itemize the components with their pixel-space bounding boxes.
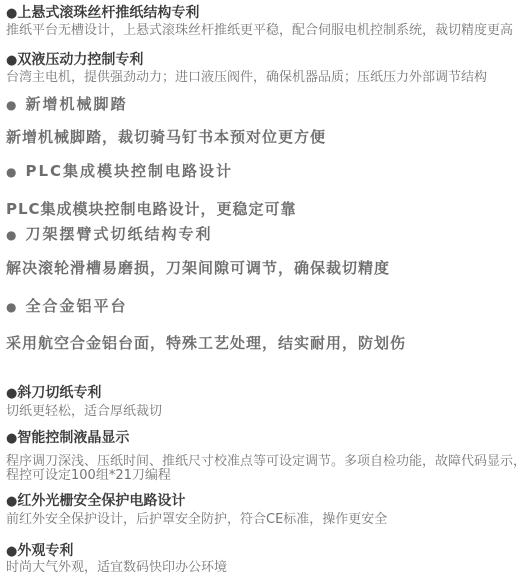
feature-heading: ●PLC集成模块控制电路设计 — [6, 163, 233, 180]
feature-heading: ●新增机械脚踏 — [6, 96, 128, 113]
bullet-icon: ● — [6, 545, 17, 560]
feature-list: ●上悬式滚珠丝杆推纸结构专利 推纸平台无槽设计，上悬式滚珠丝杆推纸更平稳，配合伺… — [0, 0, 528, 581]
feature-heading: ●斜刀切纸专利 — [6, 385, 101, 402]
feature-heading-text: 斜刀切纸专利 — [17, 385, 101, 401]
feature-text: 解决滚轮滑槽易磨损，刀架间隙可调节，确保裁切精度 — [6, 260, 390, 277]
feature-text: 前红外安全保护设计，后护罩安全防护，符合CE标准，操作更安全 — [6, 513, 387, 528]
feature-text: 程控可设定100组*21刀编程 — [6, 469, 171, 484]
bullet-icon: ● — [6, 432, 17, 447]
bullet-icon: ● — [6, 54, 17, 69]
feature-text: 采用航空合金铝台面，特殊工艺处理，结实耐用，防划伤 — [6, 335, 406, 352]
feature-text: PLC集成模块控制电路设计，更稳定可靠 — [6, 201, 297, 218]
bullet-icon: ● — [6, 301, 16, 315]
bullet-icon: ● — [6, 166, 16, 180]
feature-heading-text: 智能控制液晶显示 — [17, 430, 129, 446]
feature-heading-text: 外观专利 — [17, 543, 73, 559]
feature-text: 推纸平台无槽设计，上悬式滚珠丝杆推纸更平稳，配合伺服电机控制系统，裁切精度更高 — [6, 24, 513, 39]
feature-heading: ●红外光栅安全保护电路设计 — [6, 493, 185, 510]
feature-heading: ●外观专利 — [6, 543, 73, 560]
feature-heading-text: PLC集成模块控制电路设计 — [25, 162, 233, 180]
feature-heading-text: 刀架摆臂式切纸结构专利 — [25, 225, 212, 243]
feature-heading: ●上悬式滚珠丝杆推纸结构专利 — [6, 5, 199, 22]
feature-heading-text: 双液压动力控制专利 — [17, 52, 143, 68]
feature-heading-text: 上悬式滚珠丝杆推纸结构专利 — [17, 5, 199, 21]
feature-text: 时尚大气外观，适宜数码快印办公环境 — [6, 561, 227, 576]
feature-text: 台湾主电机，提供强劲动力；进口液压阀件，确保机器品质；压纸压力外部调节结构 — [6, 71, 487, 86]
feature-heading: ●双液压动力控制专利 — [6, 52, 143, 69]
feature-heading-text: 新增机械脚踏 — [25, 95, 127, 113]
feature-text: 切纸更轻松，适合厚纸裁切 — [6, 405, 162, 420]
bullet-icon: ● — [6, 7, 17, 22]
feature-heading: ●智能控制液晶显示 — [6, 430, 129, 447]
bullet-icon: ● — [6, 229, 16, 243]
bullet-icon: ● — [6, 99, 16, 113]
feature-heading: ●刀架摆臂式切纸结构专利 — [6, 226, 213, 243]
feature-heading-text: 全合金铝平台 — [25, 297, 127, 315]
feature-heading: ●全合金铝平台 — [6, 298, 128, 315]
bullet-icon: ● — [6, 495, 17, 510]
feature-heading-text: 红外光栅安全保护电路设计 — [17, 493, 185, 509]
feature-text: 新增机械脚踏，裁切骑马钉书本预对位更方便 — [6, 129, 326, 146]
bullet-icon: ● — [6, 387, 17, 402]
